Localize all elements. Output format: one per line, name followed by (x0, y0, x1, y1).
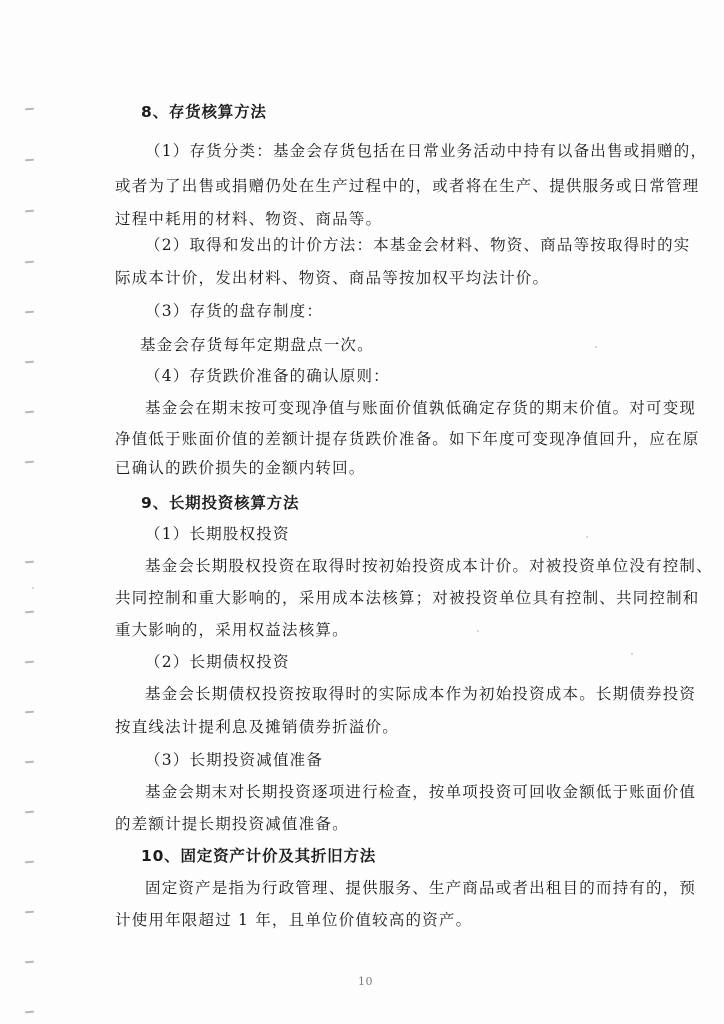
paragraph-line: 基金会在期末按可变现净值与账面价值孰低确定存货的期末价值。对可变现 (145, 398, 696, 418)
paragraph-line: （4）存货跌价准备的确认原则： (145, 366, 390, 386)
subheading: （1）长期股权投资 (145, 524, 290, 544)
paragraph-line: 已确认的跌价损失的金额内转回。 (115, 458, 366, 478)
binding-mark (25, 661, 34, 664)
section-heading-9: 9、长期投资核算方法 (141, 493, 299, 513)
binding-mark (25, 711, 34, 714)
binding-mark (25, 108, 34, 111)
binding-mark (25, 561, 34, 564)
paragraph-line: 按直线法计提利息及摊销债券折溢价。 (115, 717, 399, 737)
binding-mark (25, 611, 34, 614)
binding-mark (25, 311, 34, 314)
binding-mark (25, 159, 34, 162)
paragraph-line: 重大影响的，采用权益法核算。 (115, 620, 349, 640)
section-heading-10: 10、固定资产计价及其折旧方法 (141, 846, 376, 866)
paragraph-line: 过程中耗用的材料、物资、商品等。 (115, 209, 382, 229)
paragraph-line: 计使用年限超过 1 年，且单位价值较高的资产。 (115, 910, 472, 930)
paragraph-line: 净值低于账面价值的差额计提存货跌价准备。如下年度可变现净值回升，应在原 (115, 429, 700, 449)
binding-mark (25, 261, 34, 264)
page-number: 10 (358, 975, 373, 988)
binding-mark (25, 961, 34, 964)
binding-mark (25, 1011, 34, 1014)
binding-mark (25, 411, 34, 414)
binding-mark (25, 461, 34, 464)
binding-mark (25, 210, 34, 213)
scan-speck (477, 630, 479, 632)
paragraph-line: 基金会长期债权投资按取得时的实际成本作为初始投资成本。长期债券投资 (145, 684, 696, 704)
binding-mark (25, 861, 34, 864)
scan-speck (586, 536, 588, 538)
paragraph-line: 际成本计价，发出材料、物资、商品等按加权平均法计价。 (115, 268, 549, 288)
paragraph-line: 共同控制和重大影响的，采用成本法核算；对被投资单位具有控制、共同控制和 (115, 588, 700, 608)
paragraph-line: 基金会长期股权投资在取得时按初始投资成本计价。对被投资单位没有控制、 (145, 556, 713, 576)
paragraph-line: 基金会存货每年定期盘点一次。 (140, 335, 374, 355)
scan-speck (631, 653, 633, 655)
section-heading-8: 8、存货核算方法 (141, 102, 267, 122)
binding-mark (25, 761, 34, 764)
paragraph-line: 固定资产是指为行政管理、提供服务、生产商品或者出租目的而持有的，预 (145, 878, 696, 898)
paragraph-line: 的差额计提长期投资减值准备。 (115, 814, 349, 834)
binding-mark (25, 361, 34, 364)
binding-mark (25, 811, 34, 814)
paragraph-line: （2）取得和发出的计价方法：本基金会材料、物资、商品等按取得时的实 (145, 235, 690, 255)
paragraph-line: 基金会期末对长期投资逐项进行检查，按单项投资可回收金额低于账面价值 (145, 782, 696, 802)
subheading: （3）长期投资减值准备 (145, 750, 323, 770)
paragraph-line: （1）存货分类：基金会存货包括在日常业务活动中持有以备出售或捐赠的， (145, 141, 707, 161)
subheading: （2）长期债权投资 (145, 652, 290, 672)
paragraph-line: （3）存货的盘存制度： (145, 301, 323, 321)
binding-mark (25, 911, 34, 914)
scan-speck (595, 346, 597, 348)
document-page: 8、存货核算方法 （1）存货分类：基金会存货包括在日常业务活动中持有以备出售或捐… (0, 0, 724, 1024)
paragraph-line: 或者为了出售或捐赠仍处在生产过程中的，或者将在生产、提供服务或日常管理 (115, 176, 700, 196)
scan-speck (32, 587, 34, 589)
